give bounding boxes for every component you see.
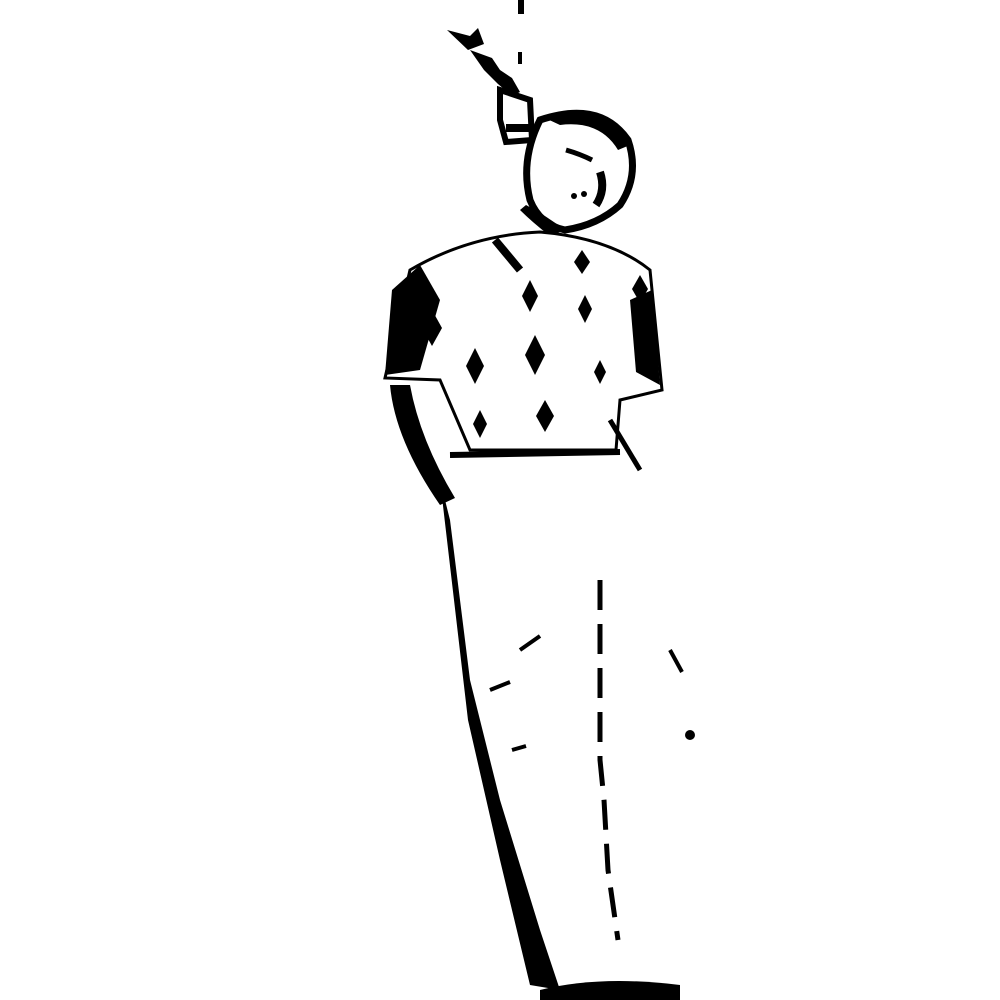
shirt <box>385 232 662 470</box>
left-arm <box>390 385 455 505</box>
trousers <box>440 480 695 990</box>
head <box>520 113 633 236</box>
photo <box>0 0 1000 1000</box>
shoes <box>540 981 680 1000</box>
plant-sprig <box>447 0 532 142</box>
figure-illustration <box>0 0 1000 1000</box>
